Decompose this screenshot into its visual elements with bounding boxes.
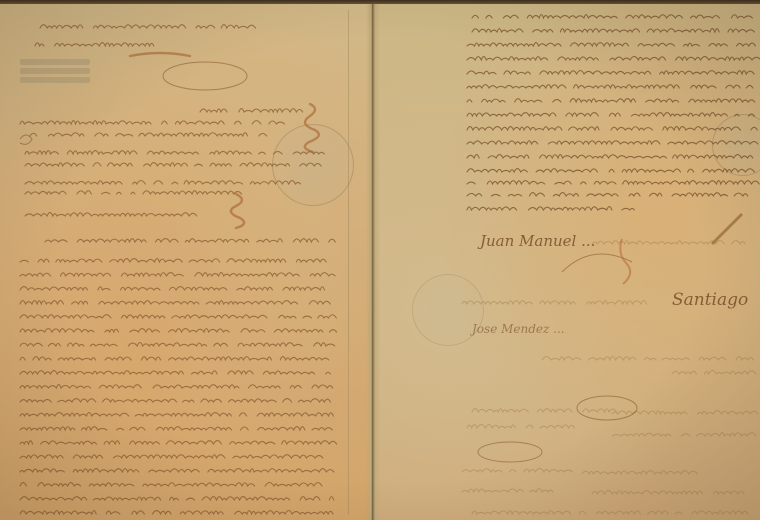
book-gutter (366, 4, 380, 520)
left-page-handwriting (0, 4, 372, 520)
left-page-margin (348, 10, 349, 515)
gutter-fold-line (372, 4, 373, 520)
signature-juan-manuel: Juan Manuel ... (480, 232, 595, 250)
signature-santiago: Santiago (672, 290, 748, 310)
left-page (0, 4, 372, 520)
right-page-handwriting (372, 4, 760, 520)
right-page: Juan Manuel ... Santiago Jose Mendez ... (372, 4, 760, 520)
manuscript-photo: Juan Manuel ... Santiago Jose Mendez ... (0, 0, 760, 520)
signature-jose-mendez: Jose Mendez ... (472, 322, 565, 336)
